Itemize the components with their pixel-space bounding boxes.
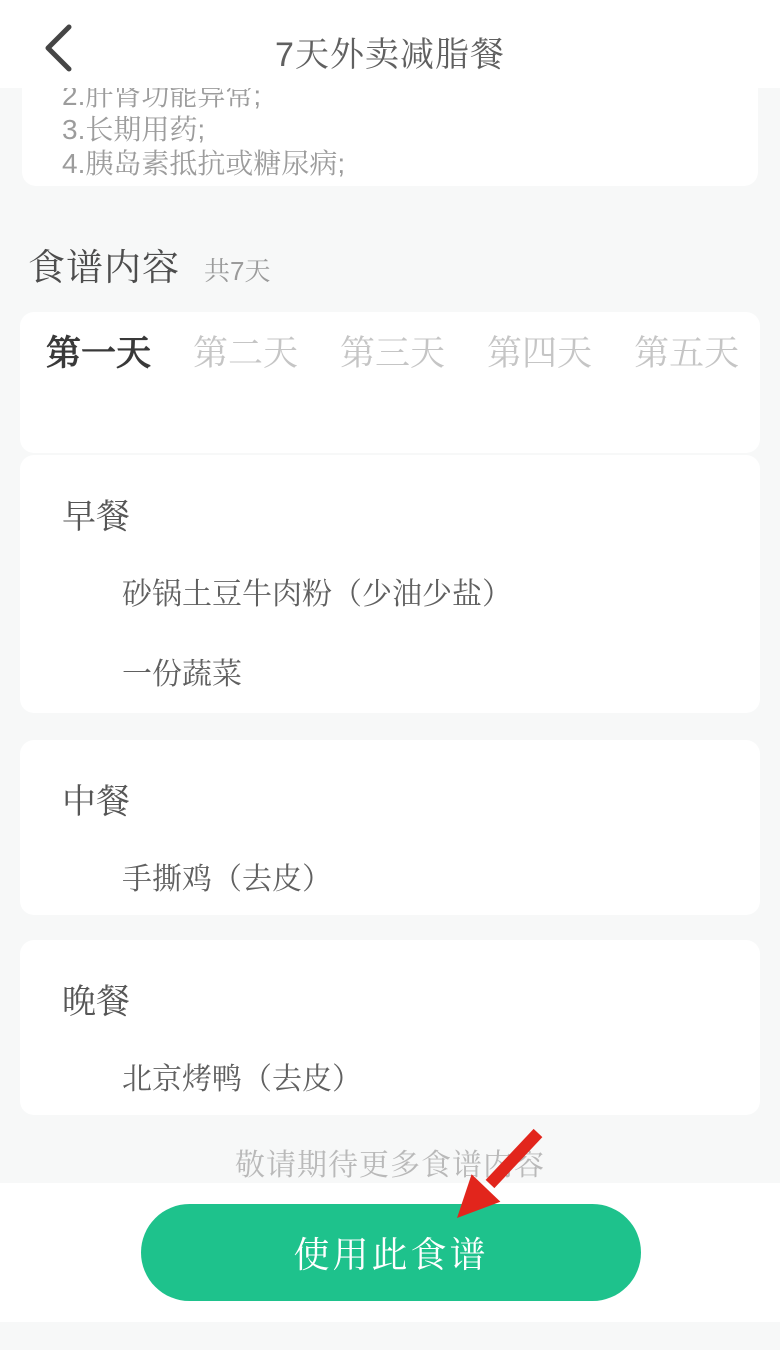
more-content-caption: 敬请期待更多食谱内容 [0,1148,780,1184]
tab-day-5[interactable]: 第五天 [634,334,739,374]
day-tabs: 第一天 第二天 第三天 第四天 第五天 [20,312,760,453]
footer-bar: 使用此食谱 [0,1183,780,1322]
meal-card-dinner: 晚餐 北京烤鸭（去皮） [20,940,760,1115]
tab-day-4[interactable]: 第四天 [487,334,592,374]
header-bar: 7天外卖减脂餐 [0,0,780,88]
meal-name: 晚餐 [62,982,730,1022]
meal-card-lunch: 中餐 手撕鸡（去皮） [20,740,760,915]
page-title: 7天外卖减脂餐 [275,27,505,76]
notice-line: 4.胰岛素抵抗或糖尿病; [62,147,345,181]
tab-day-2[interactable]: 第二天 [193,334,298,374]
section-title: 食谱内容 [28,237,180,291]
dish-item: 手撕鸡（去皮） [122,862,730,898]
notice-lines: 2.肝肾功能异常; 3.长期用药; 4.胰岛素抵抗或糖尿病; [62,79,345,181]
recipe-detail-screen: 2.肝肾功能异常; 3.长期用药; 4.胰岛素抵抗或糖尿病; 食谱内容 共7天 … [0,0,780,1350]
meal-card-breakfast: 早餐 砂锅土豆牛肉粉（少油少盐） 一份蔬菜 [20,455,760,713]
back-button[interactable] [30,16,86,80]
notice-line: 3.长期用药; [62,113,345,147]
dish-item: 一份蔬菜 [122,657,730,693]
chevron-left-icon [43,23,73,73]
meal-name: 早餐 [62,497,730,537]
use-recipe-button[interactable]: 使用此食谱 [141,1204,641,1301]
tab-day-3[interactable]: 第三天 [340,334,445,374]
section-subtitle: 共7天 [204,251,270,288]
dish-item: 北京烤鸭（去皮） [122,1062,730,1098]
dish-item: 砂锅土豆牛肉粉（少油少盐） [122,577,730,613]
meal-name: 中餐 [62,782,730,822]
tab-day-1[interactable]: 第一天 [46,334,151,374]
recipe-content-header: 食谱内容 共7天 [28,237,270,291]
